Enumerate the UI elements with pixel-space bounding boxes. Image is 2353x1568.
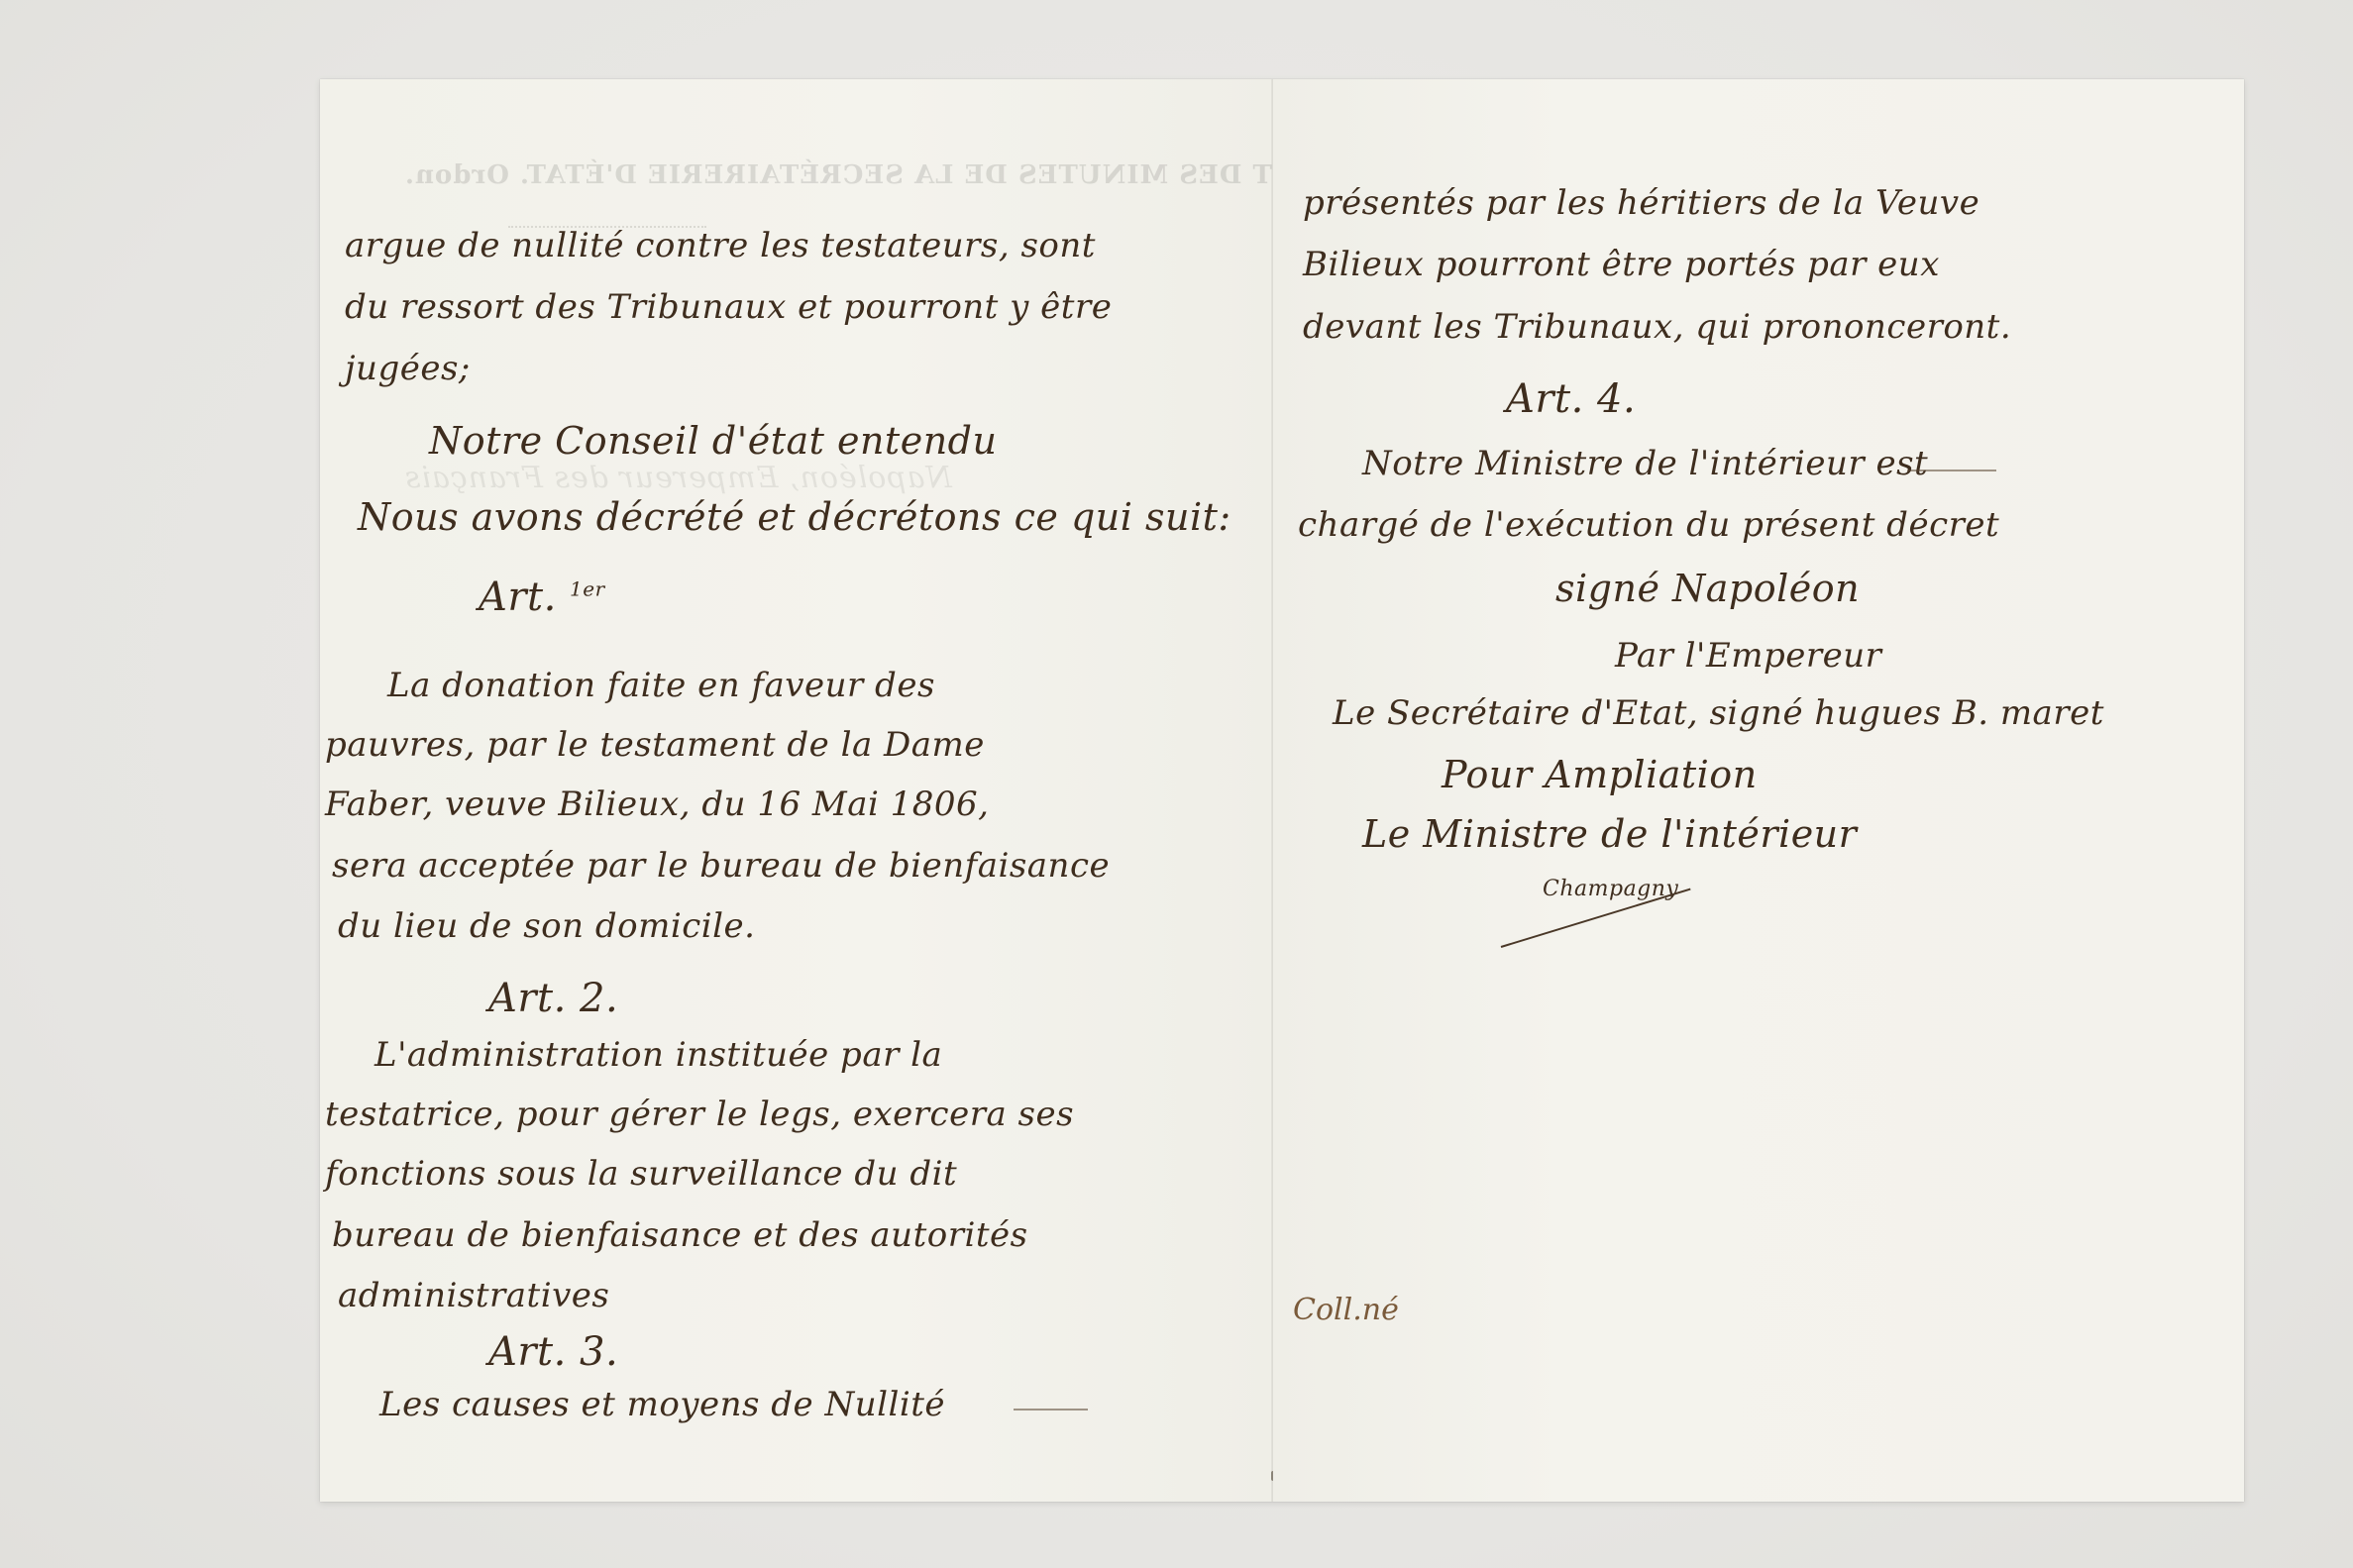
text-line: jugées; (345, 349, 471, 388)
text-line: argue de nullité contre les testateurs, … (345, 226, 1096, 265)
text-line: Faber, veuve Bilieux, du 16 Mai 1806, (325, 784, 990, 824)
text-line: du lieu de son domicile. (338, 906, 755, 946)
text-line: fonctions sous la surveillance du dit (325, 1154, 957, 1194)
pour-ampliation: Pour Ampliation (1442, 753, 1758, 796)
par-empereur: Par l'Empereur (1615, 636, 1881, 676)
signed-napoleon: signé Napoléon (1555, 567, 1860, 610)
text-line: Les causes et moyens de Nullité (379, 1385, 945, 1424)
text-line: présentés par les héritiers de la Veuve (1303, 183, 1979, 223)
text-line: chargé de l'exécution du présent décret (1298, 505, 1999, 545)
text-line: bureau de bienfaisance et des autorités (332, 1215, 1028, 1255)
text-line: du ressort des Tribunaux et pourront y ê… (345, 287, 1112, 327)
conseil-line: Notre Conseil d'état entendu (429, 419, 997, 463)
article-1-heading: Art. 1er (479, 575, 605, 620)
secretaire-line: Le Secrétaire d'Etat, signé hugues B. ma… (1333, 693, 2104, 733)
text-line: La donation faite en faveur des (387, 666, 935, 705)
text-line: sera acceptée par le bureau de bienfaisa… (332, 846, 1110, 886)
left-page: EXTRAIT DES MINUTES DE LA SECRÉTAIRERIE … (320, 79, 1273, 1502)
bleed-through-header: EXTRAIT DES MINUTES DE LA SECRÉTAIRERIE … (404, 160, 1390, 190)
text-line: devant les Tribunaux, qui prononceront. (1303, 307, 2011, 347)
text-line: pauvres, par le testament de la Dame (325, 725, 985, 765)
text-line: Bilieux pourront être portés par eux (1303, 245, 1940, 284)
text-line: L'administration instituée par la (374, 1035, 942, 1075)
text-line: Notre Ministre de l'intérieur est (1362, 444, 1928, 483)
article-3-heading: Art. 3. (488, 1329, 618, 1375)
article-2-heading: Art. 2. (488, 976, 618, 1021)
ministre-line: Le Ministre de l'intérieur (1362, 812, 1857, 856)
text-line: administratives (338, 1276, 609, 1315)
text-line: testatrice, pour gérer le legs, exercera… (325, 1095, 1074, 1134)
decree-line: Nous avons décrété et décrétons ce qui s… (358, 495, 1231, 539)
article-4-heading: Art. 4. (1506, 376, 1636, 422)
collationne-annotation: Coll.né (1293, 1293, 1399, 1327)
line-filler-dash (1907, 470, 1996, 471)
right-page: présentés par les héritiers de la Veuve … (1273, 79, 2244, 1502)
manuscript-sheet: EXTRAIT DES MINUTES DE LA SECRÉTAIRERIE … (320, 79, 2244, 1502)
line-filler-dash (1014, 1409, 1088, 1411)
bleed-through-line: Napoléon, Empereur des Français (404, 461, 952, 495)
